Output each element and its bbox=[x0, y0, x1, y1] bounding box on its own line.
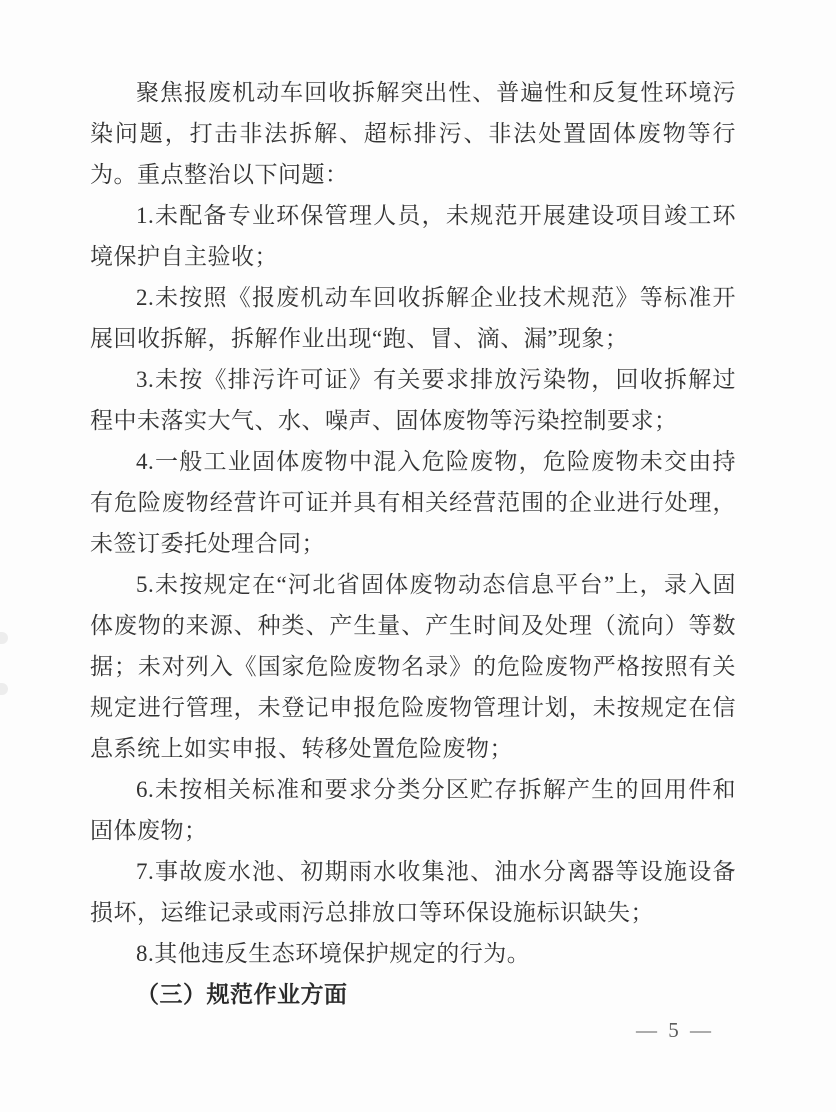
list-item-7: 7.事故废水池、初期雨水收集池、油水分离器等设施设备损坏，运维记录或雨污总排放口… bbox=[90, 851, 736, 933]
section-heading: （三）规范作业方面 bbox=[90, 974, 736, 1015]
scan-artifact bbox=[0, 683, 8, 695]
body-text-block: 聚焦报废机动车回收拆解突出性、普遍性和反复性环境污染问题，打击非法拆解、超标排污… bbox=[90, 72, 736, 1015]
scan-artifact bbox=[0, 632, 8, 644]
body-paragraph: 聚焦报废机动车回收拆解突出性、普遍性和反复性环境污染问题，打击非法拆解、超标排污… bbox=[90, 72, 736, 195]
document-page: 聚焦报废机动车回收拆解突出性、普遍性和反复性环境污染问题，打击非法拆解、超标排污… bbox=[0, 0, 836, 1112]
list-item-5: 5.未按规定在“河北省固体废物动态信息平台”上，录入固体废物的来源、种类、产生量… bbox=[90, 564, 736, 769]
list-item-2: 2.未按照《报废机动车回收拆解企业技术规范》等标准开展回收拆解，拆解作业出现“跑… bbox=[90, 277, 736, 359]
list-item-6: 6.未按相关标准和要求分类分区贮存拆解产生的回用件和固体废物； bbox=[90, 769, 736, 851]
page-number: — 5 — bbox=[636, 1018, 714, 1043]
list-item-1: 1.未配备专业环保管理人员，未规范开展建设项目竣工环境保护自主验收； bbox=[90, 195, 736, 277]
list-item-4: 4.一般工业固体废物中混入危险废物，危险废物未交由持有危险废物经营许可证并具有相… bbox=[90, 441, 736, 564]
list-item-3: 3.未按《排污许可证》有关要求排放污染物，回收拆解过程中未落实大气、水、噪声、固… bbox=[90, 359, 736, 441]
list-item-8: 8.其他违反生态环境保护规定的行为。 bbox=[90, 933, 736, 974]
